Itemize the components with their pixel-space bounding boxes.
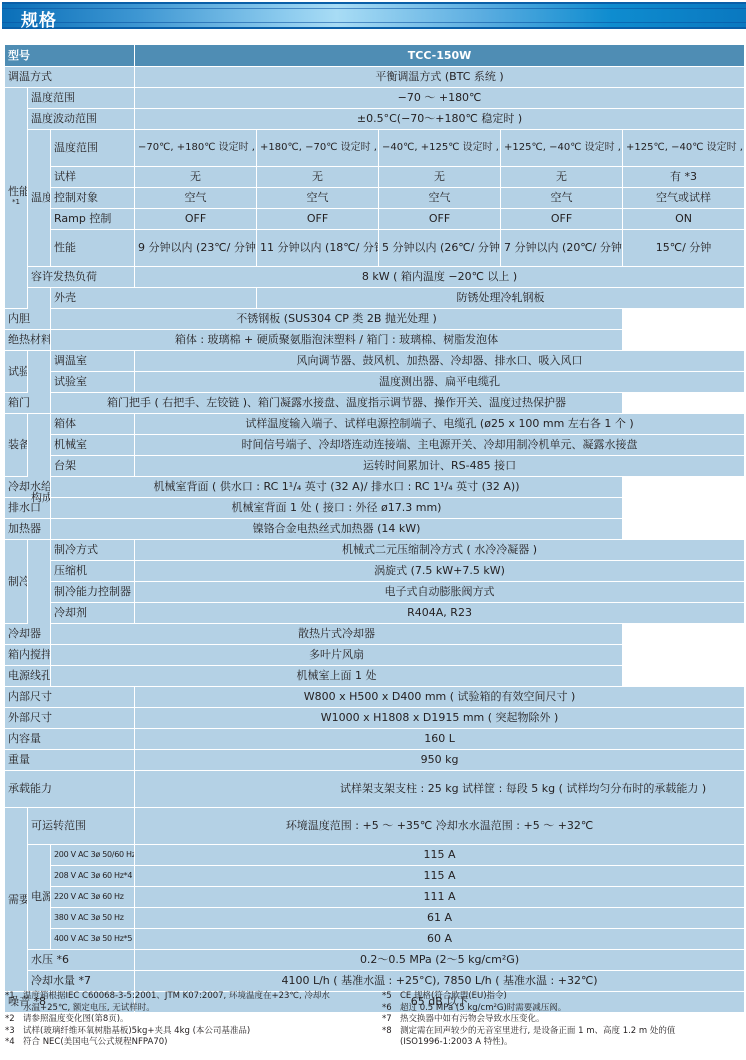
table-row: 380 V AC 3ø 50 Hz 61 A	[5, 908, 745, 929]
cell-value: 无	[257, 167, 379, 188]
table-row: 绝热材料 箱体 : 玻璃棉 + 硬质聚氨脂泡沫塑料 / 箱门 : 玻璃棉、树脂发…	[5, 330, 745, 351]
footnote: *7热交换器中如有污物会导致水压变化。	[382, 1014, 675, 1026]
table-row: 试验箱 调温室 风向调节器、鼓风机、加热器、冷却器、排水口、吸入风口	[5, 351, 745, 372]
row-label: 380 V AC 3ø 50 Hz	[51, 908, 135, 929]
table-row: 箱门 箱门把手 ( 右把手、左铰链 )、箱门凝露水接盘、温度指示调节器、操作开关…	[5, 393, 745, 414]
row-label: 温度波动范围	[28, 109, 135, 130]
row-label: 200 V AC 3ø 50/60 Hz	[51, 845, 135, 866]
row-label: 台架	[51, 456, 135, 477]
table-row: 制冷系统 制冷方式 机械式二元压缩制冷方式 ( 水冷冷凝器 )	[5, 540, 745, 561]
row-value: 不锈钢板 (SUS304 CP 类 2B 抛光处理 )	[51, 309, 623, 330]
group-label-performance: 性能*1	[5, 88, 28, 309]
row-value: 箱门把手 ( 右把手、左铰链 )、箱门凝露水接盘、温度指示调节器、操作开关、温度…	[51, 393, 623, 414]
row-label: 容许发热负荷	[28, 267, 135, 288]
group-label-utilities: 需要设备	[5, 808, 28, 992]
footnote: *5CE 规格(符合欧盟(EU)指令)	[382, 991, 675, 1003]
table-row: 电源电压 200 V AC 3ø 50/60 Hz 115 A	[5, 845, 745, 866]
cell-value: 空气或试样	[623, 188, 745, 209]
row-value: −70 ～ +180℃	[135, 88, 745, 109]
row-value: 机械室背面 1 处 ( 接口 : 外径 ø17.3 mm)	[51, 498, 623, 519]
row-label: Ramp 控制	[51, 209, 135, 230]
row-value: 机械式二元压缩制冷方式 ( 水冷冷凝器 )	[135, 540, 745, 561]
row-value: 111 A	[135, 887, 745, 908]
row-value: 61 A	[135, 908, 745, 929]
row-label: 电源线孔	[5, 666, 51, 687]
row-value: 0.2～0.5 MPa (2～5 kg/cm²G)	[135, 950, 745, 971]
row-label: 外部尺寸	[5, 708, 135, 729]
row-label: 冷却剂	[51, 603, 135, 624]
row-label: 承载能力	[5, 771, 135, 808]
footnotes-left: *1温度箱根据IEC C60068-3-5:2001、JTM K07:2007,…	[5, 991, 330, 1049]
row-label: 冷却器	[5, 624, 51, 645]
cell-value: ON	[623, 209, 745, 230]
row-label: 400 V AC 3ø 50 Hz*5	[51, 929, 135, 950]
table-row: 水压 *6 0.2～0.5 MPa (2～5 kg/cm²G)	[5, 950, 745, 971]
row-value: 60 A	[135, 929, 745, 950]
row-value: 8 kW ( 箱内温度 −20℃ 以上 )	[135, 267, 745, 288]
row-label: 绝热材料	[5, 330, 51, 351]
table-row: 性能*1 温度范围 −70 ～ +180℃	[5, 88, 745, 109]
row-value: 环境温度范围 : +5 ～ +35℃ 冷却水水温范围 : +5 ～ +32℃	[135, 808, 745, 845]
cell-value: 5 分钟以内 (26℃/ 分钟 )	[379, 230, 501, 267]
row-label: 控制对象	[51, 188, 135, 209]
footnote: *4符合 NEC(美国电气公式规程NFPA70)	[5, 1037, 330, 1049]
row-value: 风向调节器、鼓风机、加热器、冷却器、排水口、吸入风口	[135, 351, 745, 372]
cell-value: 空气	[501, 188, 623, 209]
table-row: 台架 运转时间累加计、RS-485 接口	[5, 456, 745, 477]
table-row: 排水口 机械室背面 1 处 ( 接口 : 外径 ø17.3 mm)	[5, 498, 745, 519]
footnote: *6超过 0.5 MPa (5 kg/cm²G)时需要减压阀。	[382, 1003, 675, 1015]
cell-value: 9 分钟以内 (23℃/ 分钟 )	[135, 230, 257, 267]
row-value: 防锈处理冷轧钢板	[257, 288, 745, 309]
row-value: 电子式自动膨胀阀方式	[135, 582, 745, 603]
row-label: 压缩机	[51, 561, 135, 582]
table-row: 重量 950 kg	[5, 750, 745, 771]
table-row: 温度变化 温度范围 −70℃, +180℃ 设定时 , −45℃ → +155℃…	[5, 130, 745, 167]
row-value: 涡旋式 (7.5 kW+7.5 kW)	[135, 561, 745, 582]
section-banner: 规格	[2, 2, 746, 29]
table-row: 内胆 不锈钢板 (SUS304 CP 类 2B 抛光处理 )	[5, 309, 745, 330]
row-label: 内容量	[5, 729, 135, 750]
table-row: Ramp 控制 OFF OFF OFF OFF ON	[5, 209, 745, 230]
cell-value: −70℃, +180℃ 设定时 , −45℃ → +155℃ 止 *2	[135, 130, 257, 167]
row-label: 内胆	[5, 309, 51, 330]
row-value: 115 A	[135, 845, 745, 866]
cell-value: +125℃, −40℃ 设定时 , +108.5℃ → −23.5℃ 止	[501, 130, 623, 167]
cell-value: 空气	[379, 188, 501, 209]
row-label: 制冷方式	[51, 540, 135, 561]
row-label: 温度范围	[28, 88, 135, 109]
table-row: 试验室 温度测出器、扁平电缆孔	[5, 372, 745, 393]
row-label: 可运转范围	[28, 808, 135, 845]
footnote: *3试样(玻璃纤维环氧树脂基板)5kg+夹具 4kg (本公司基准品)	[5, 1026, 330, 1038]
row-value: 多叶片风扇	[51, 645, 623, 666]
cell-value: OFF	[501, 209, 623, 230]
table-row: 承载能力 试样架支架支柱 : 25 kg 试样筐 : 每段 5 kg ( 试样均…	[5, 771, 745, 808]
table-row: 外部尺寸 W1000 x H1808 x D1915 mm ( 突起物除外 )	[5, 708, 745, 729]
table-row: 构成 外壳 防锈处理冷轧钢板	[5, 288, 745, 309]
cell-value: +125℃, −40℃ 设定时 , +108.5℃↔−23.5℃ 止	[623, 130, 745, 167]
row-label: 制冷能力控制器	[51, 582, 135, 603]
group-label-test-box: 试验箱	[5, 351, 28, 393]
row-label: 水压 *6	[28, 950, 135, 971]
cell-value: +180℃, −70℃ 设定时 , +155℃ → −45℃ 止 *2	[257, 130, 379, 167]
row-label: 箱内搅拌用鼓风机	[5, 645, 51, 666]
footnote: *1温度箱根据IEC C60068-3-5:2001、JTM K07:2007,…	[5, 991, 330, 1014]
row-label: 调温方式	[5, 67, 135, 88]
row-label: 内部尺寸	[5, 687, 135, 708]
row-label: 试样	[51, 167, 135, 188]
group-label-temp-change: 温度变化	[28, 130, 51, 267]
table-row: 机械室 时间信号端子、冷却塔连动连接端、主电源开关、冷却用制冷机单元、凝露水接盘	[5, 435, 745, 456]
row-value: 散热片式冷却器	[51, 624, 623, 645]
table-header-row: 型号 TCC-150W	[5, 45, 745, 67]
row-value: 机械室上面 1 处	[51, 666, 623, 687]
row-value: 机械室背面 ( 供水口 : RC 1¹/₄ 英寸 (32 A)/ 排水口 : R…	[51, 477, 623, 498]
table-row: 箱内搅拌用鼓风机 多叶片风扇	[5, 645, 745, 666]
table-row: 需要设备 可运转范围 环境温度范围 : +5 ～ +35℃ 冷却水水温范围 : …	[5, 808, 745, 845]
footnote: *2请参照温度变化图(第8页)。	[5, 1014, 330, 1026]
row-value: 160 L	[135, 729, 745, 750]
table-row: 冷却器 散热片式冷却器	[5, 624, 745, 645]
table-row: 加热器 镍铬合金电热丝式加热器 (14 kW)	[5, 519, 745, 540]
cell-value: 无	[501, 167, 623, 188]
footnote: *8测定需在回声较少的无音室里进行, 是设备正面 1 m、高度 1.2 m 处的…	[382, 1026, 675, 1049]
table-row: 冷却水给排水口 机械室背面 ( 供水口 : RC 1¹/₄ 英寸 (32 A)/…	[5, 477, 745, 498]
table-row: 压缩机 涡旋式 (7.5 kW+7.5 kW)	[5, 561, 745, 582]
table-row: 温度波动范围 ±0.5°C(−70～+180℃ 稳定时 )	[5, 109, 745, 130]
cell-value: OFF	[135, 209, 257, 230]
table-row: 试样 无 无 无 无 有 *3	[5, 167, 745, 188]
cell-value: 无	[135, 167, 257, 188]
model-value: TCC-150W	[135, 45, 745, 67]
row-value: 温度测出器、扁平电缆孔	[135, 372, 745, 393]
row-value: ±0.5°C(−70～+180℃ 稳定时 )	[135, 109, 745, 130]
row-label: 箱门	[5, 393, 51, 414]
row-value: 运转时间累加计、RS-485 接口	[135, 456, 745, 477]
section-title: 规格	[21, 6, 57, 31]
table-row: 性能 9 分钟以内 (23℃/ 分钟 ) 11 分钟以内 (18℃/ 分钟 ) …	[5, 230, 745, 267]
row-value: 箱体 : 玻璃棉 + 硬质聚氨脂泡沫塑料 / 箱门 : 玻璃棉、树脂发泡体	[51, 330, 623, 351]
row-value: 镍铬合金电热丝式加热器 (14 kW)	[51, 519, 623, 540]
cell-value: 有 *3	[623, 167, 745, 188]
cell-value: 11 分钟以内 (18℃/ 分钟 )	[257, 230, 379, 267]
row-label: 重量	[5, 750, 135, 771]
row-label: 220 V AC 3ø 60 Hz	[51, 887, 135, 908]
cell-value: 空气	[135, 188, 257, 209]
group-label-refrigeration: 制冷系统	[5, 540, 28, 624]
table-row: 冷却水量 *7 4100 L/h ( 基准水温 : +25°C), 7850 L…	[5, 971, 745, 992]
row-label: 冷却水量 *7	[28, 971, 135, 992]
table-row: 冷却剂 R404A, R23	[5, 603, 745, 624]
row-value: 试样架支架支柱 : 25 kg 试样筐 : 每段 5 kg ( 试样均匀分布时的…	[135, 771, 745, 808]
table-row: 装备品 箱体 试样温度输入端子、试样电源控制端子、电缆孔 (ø25 x 100 …	[5, 414, 745, 435]
row-value: 试样温度输入端子、试样电源控制端子、电缆孔 (ø25 x 100 mm 左右各 …	[135, 414, 745, 435]
table-row: 电源线孔 机械室上面 1 处	[5, 666, 745, 687]
row-label: 调温室	[51, 351, 135, 372]
cell-value: 7 分钟以内 (20℃/ 分钟 )	[501, 230, 623, 267]
cell-value: 15℃/ 分钟	[623, 230, 745, 267]
table-row: 容许发热负荷 8 kW ( 箱内温度 −20℃ 以上 )	[5, 267, 745, 288]
cell-value: 空气	[257, 188, 379, 209]
row-value: R404A, R23	[135, 603, 745, 624]
row-label: 加热器	[5, 519, 51, 540]
row-label: 试验室	[51, 372, 135, 393]
group-label-power: 电源电压	[28, 845, 51, 950]
cell-value: OFF	[257, 209, 379, 230]
row-label: 温度范围	[51, 130, 135, 167]
row-label: 箱体	[51, 414, 135, 435]
footnotes-right: *5CE 规格(符合欧盟(EU)指令) *6超过 0.5 MPa (5 kg/c…	[382, 991, 675, 1049]
cell-value: −40℃, +125℃ 设定时 , −23.5℃ → +108.5℃ 止	[379, 130, 501, 167]
row-label: 外壳	[51, 288, 257, 309]
row-value: 115 A	[135, 866, 745, 887]
row-value: W1000 x H1808 x D1915 mm ( 突起物除外 )	[135, 708, 745, 729]
row-value: 4100 L/h ( 基准水温 : +25°C), 7850 L/h ( 基准水…	[135, 971, 745, 992]
table-row: 220 V AC 3ø 60 Hz 111 A	[5, 887, 745, 908]
model-label: 型号	[5, 45, 135, 67]
row-label: 208 V AC 3ø 60 Hz*4	[51, 866, 135, 887]
cell-value: 无	[379, 167, 501, 188]
table-row: 400 V AC 3ø 50 Hz*5 60 A	[5, 929, 745, 950]
table-row: 内部尺寸 W800 x H500 x D400 mm ( 试验箱的有效空间尺寸 …	[5, 687, 745, 708]
row-label: 机械室	[51, 435, 135, 456]
table-row: 208 V AC 3ø 60 Hz*4 115 A	[5, 866, 745, 887]
group-label-equipment: 装备品	[5, 414, 28, 477]
cell-value: OFF	[379, 209, 501, 230]
row-value: 时间信号端子、冷却塔连动连接端、主电源开关、冷却用制冷机单元、凝露水接盘	[135, 435, 745, 456]
row-value: 950 kg	[135, 750, 745, 771]
table-row: 制冷能力控制器 电子式自动膨胀阀方式	[5, 582, 745, 603]
table-row: 内容量 160 L	[5, 729, 745, 750]
table-row: 控制对象 空气 空气 空气 空气 空气或试样	[5, 188, 745, 209]
table-row: 调温方式 平衡调温方式 (BTC 系统 )	[5, 67, 745, 88]
row-label: 性能	[51, 230, 135, 267]
row-value: W800 x H500 x D400 mm ( 试验箱的有效空间尺寸 )	[135, 687, 745, 708]
spec-table: 型号 TCC-150W 调温方式 平衡调温方式 (BTC 系统 ) 性能*1 温…	[5, 45, 745, 1013]
row-value: 平衡调温方式 (BTC 系统 )	[135, 67, 745, 88]
